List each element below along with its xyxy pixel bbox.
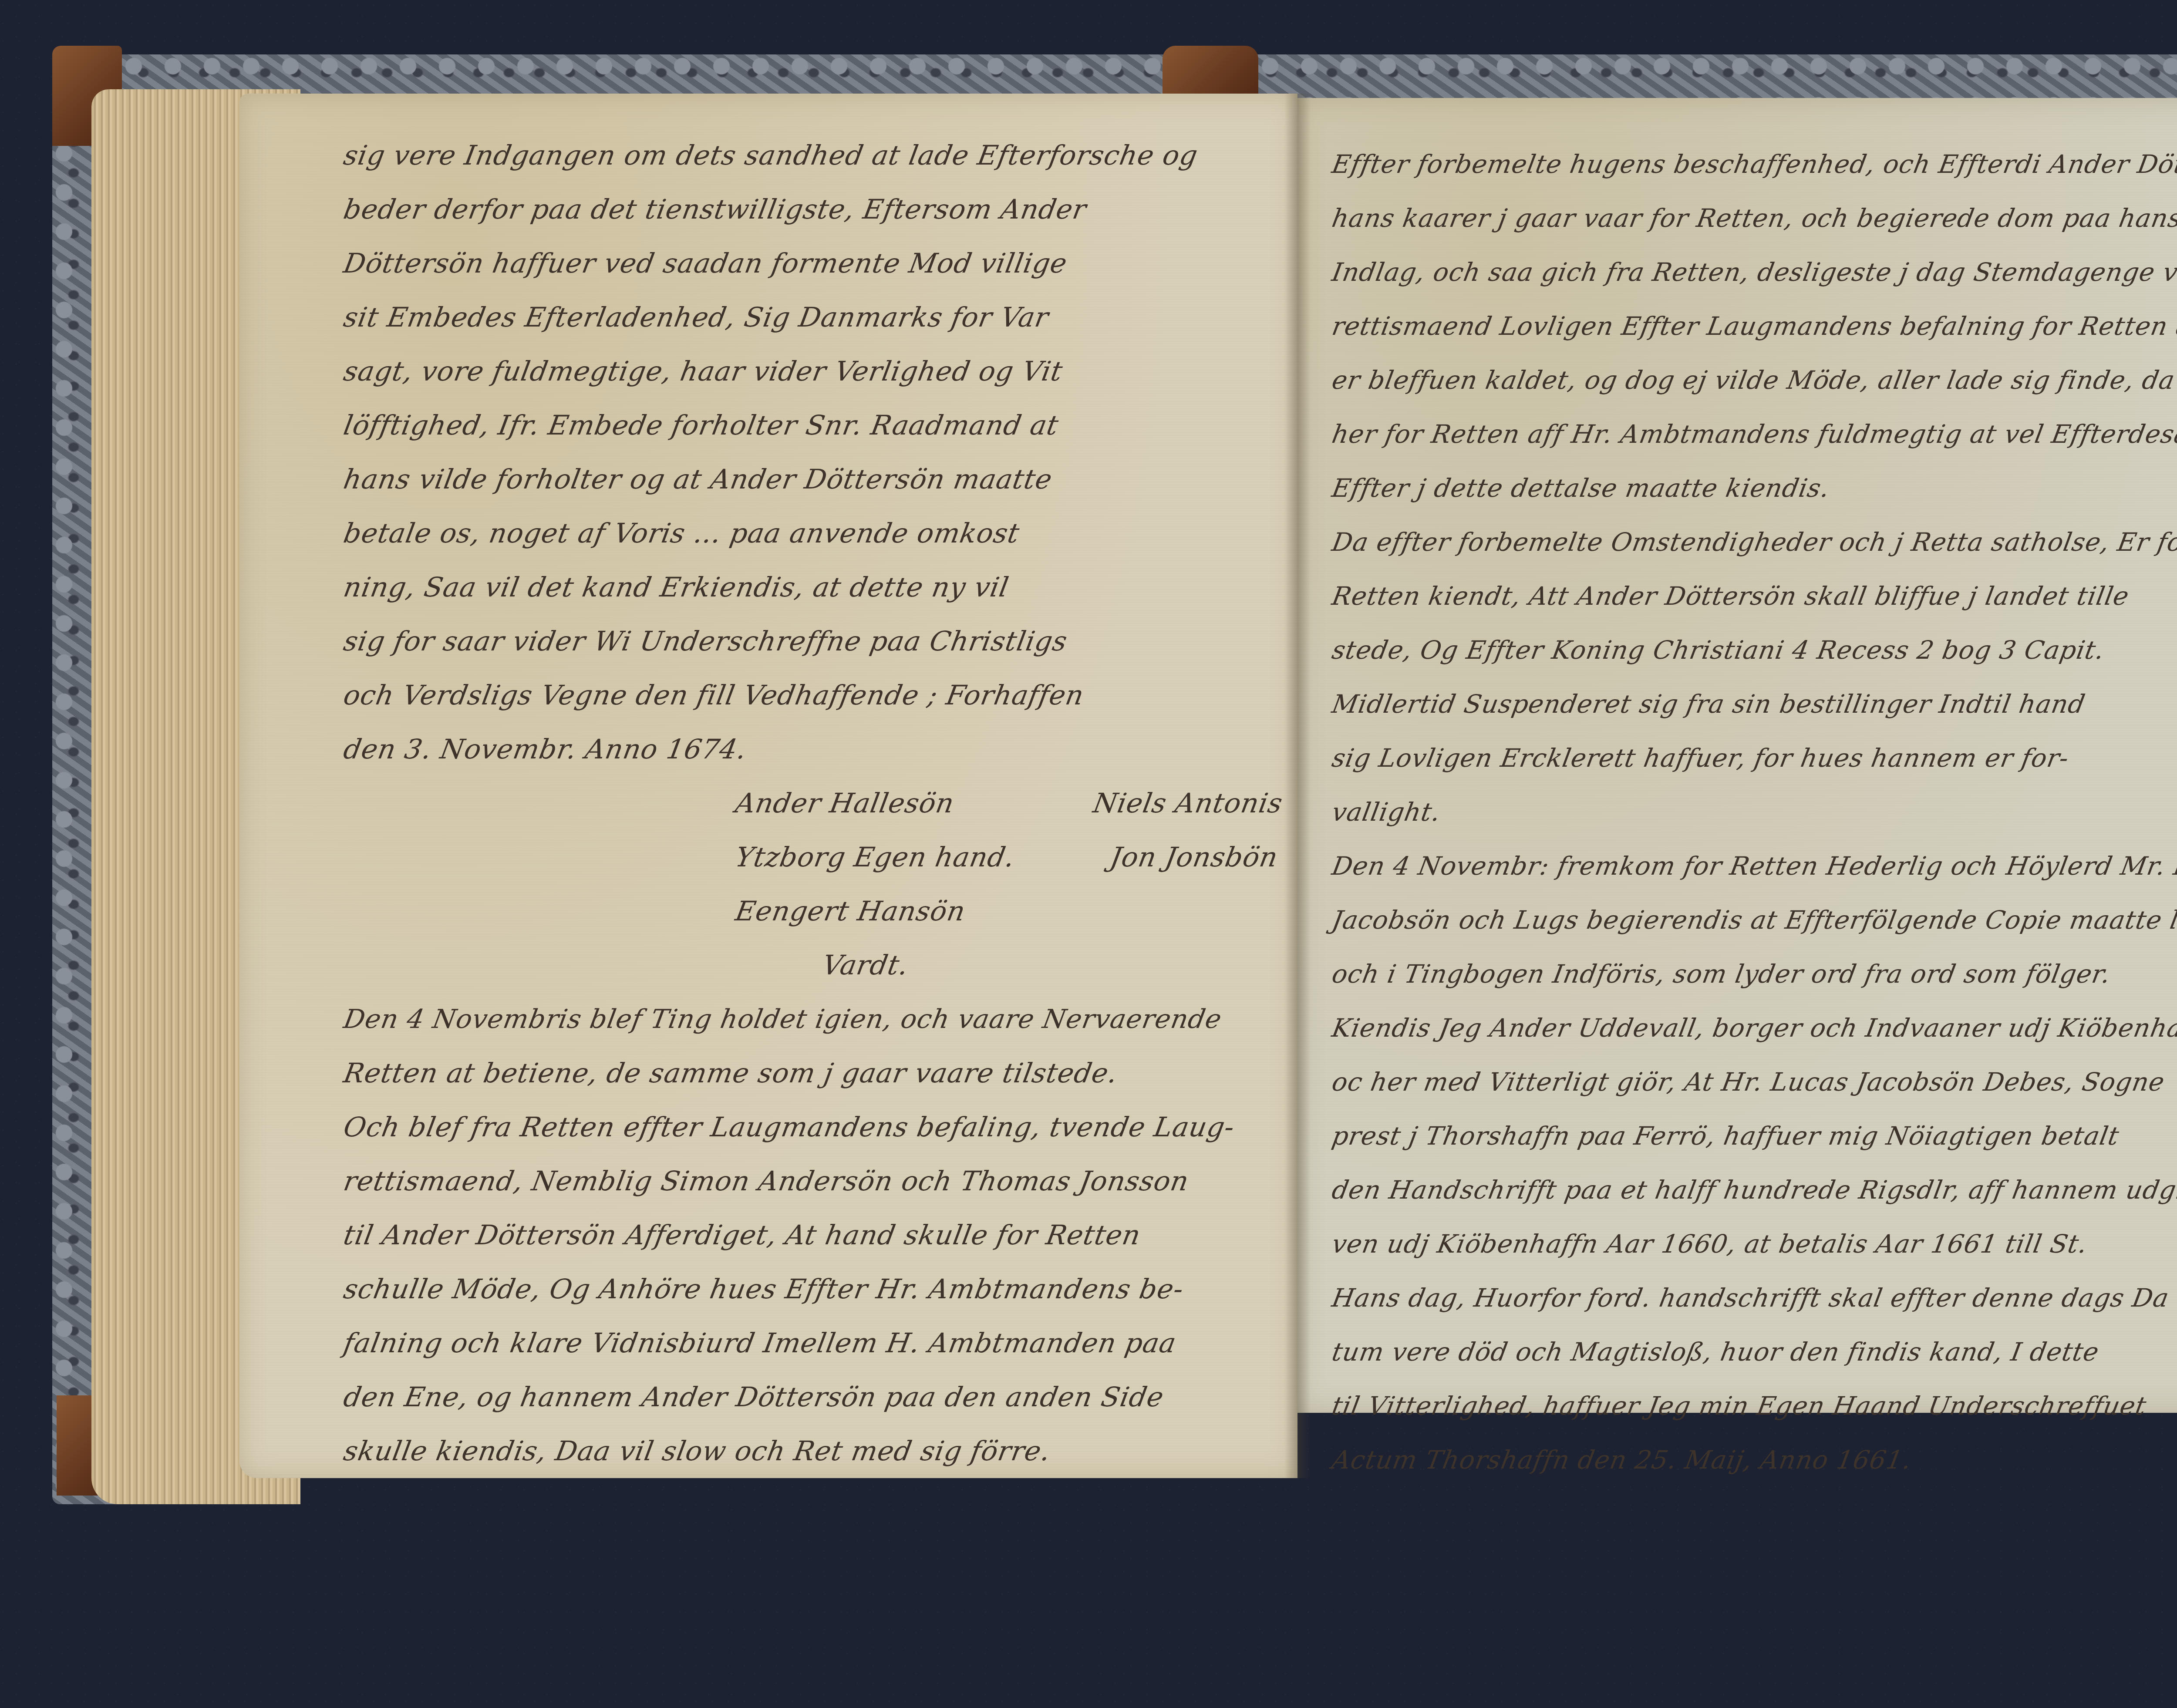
text-line: her for Retten aff Hr. Ambtmandens fuldm… (1328, 407, 2177, 461)
entry-line: Den 4 Novembris blef Ting holdet igien, … (339, 992, 1287, 1046)
text-line: oc her med Vitterligt giör, At Hr. Lucas… (1328, 1055, 2177, 1109)
left-page: sig vere Indgangen om dets sandhed at la… (239, 94, 1297, 1478)
text-line: rettismaend, Nemblig Simon Andersön och … (339, 1154, 1287, 1208)
text-line: Indlag, och saa gich fra Retten, deslige… (1328, 245, 2177, 299)
text-line: Och blef fra Retten effter Laugmandens b… (339, 1100, 1287, 1154)
text-line: til Vitterlighed, haffuer Jeg min Egen H… (1328, 1379, 2177, 1433)
book-gutter (1284, 94, 1311, 1478)
date-line: Actum Thorshaffn den 25. Maij, Anno 1661… (1328, 1433, 2177, 1487)
left-page-text: sig vere Indgangen om dets sandhed at la… (344, 128, 1282, 1478)
text-line: Effter j dette dettalse maatte kiendis. (1328, 461, 2177, 515)
text-line: prest j Thorshaffn paa Ferrö, haffuer mi… (1328, 1109, 2177, 1163)
text-line: sig for saar vider Wi Underschreffne paa… (339, 614, 1287, 668)
text-line: Da effter forbemelte Omstendigheder och … (1328, 515, 2177, 569)
right-page: 136 Effter forbemelte hugens beschaffenh… (1297, 98, 2177, 1413)
text-line: hans kaarer j gaar vaar for Retten, och … (1328, 191, 2177, 245)
text-line: Hans dag, Huorfor ford. handschrifft ska… (1328, 1271, 2177, 1325)
signature: Ander Hallesön Niels Antonis (339, 776, 1287, 830)
text-line: hans vilde forholter og at Ander Dötters… (339, 452, 1287, 506)
text-line: sagt, vore fuldmegtige, haar vider Verli… (339, 344, 1287, 398)
text-line: skulle kiendis, Daa vil slow och Ret med… (339, 1424, 1287, 1478)
text-line: er bleffuen kaldet, og dog ej vilde Möde… (1328, 353, 2177, 407)
text-line: sig vere Indgangen om dets sandhed at la… (339, 128, 1287, 182)
text-line: och Verdsligs Vegne den fill Vedhaffende… (339, 668, 1287, 722)
entry-line: Den 4 Novembr: fremkom for Retten Hederl… (1328, 839, 2177, 893)
text-line: löfftighed, Ifr. Embede forholter Snr. R… (339, 398, 1287, 452)
date-line: den 3. Novembr. Anno 1674. (339, 722, 1287, 776)
signature: Vardt. (339, 938, 1287, 992)
text-line: den Ene, og hannem Ander Döttersön paa d… (339, 1370, 1287, 1424)
text-line: sig Lovligen Ercklerett haffuer, for hue… (1328, 731, 2177, 785)
text-line: Retten at betiene, de samme som j gaar v… (339, 1046, 1287, 1100)
text-line: betale os, noget af Voris ... paa anvend… (339, 506, 1287, 560)
open-bound-volume: sig vere Indgangen om dets sandhed at la… (52, 46, 2177, 1509)
signature: Eengert Hansön (339, 884, 1287, 938)
text-line: den Handschrifft paa et halff hundrede R… (1328, 1163, 2177, 1217)
text-line: ning, Saa vil det kand Erkiendis, at det… (339, 560, 1287, 614)
signature: Ytzborg Egen hand. Jon Jonsbön (339, 830, 1287, 884)
text-line: til Ander Döttersön Afferdiget, At hand … (339, 1208, 1287, 1262)
text-line: Midlertid Suspenderet sig fra sin bestil… (1328, 677, 2177, 731)
text-line: Retten kiendt, Att Ander Döttersön skall… (1328, 569, 2177, 623)
text-line: falning och klare Vidnisbiurd Imellem H.… (339, 1316, 1287, 1370)
text-line: Kiendis Jeg Ander Uddevall, borger och I… (1328, 1001, 2177, 1055)
text-line: rettismaend Lovligen Effter Laugmandens … (1328, 299, 2177, 353)
text-line: Effter forbemelte hugens beschaffenhed, … (1328, 137, 2177, 191)
text-line: sit Embedes Efterladenhed, Sig Danmarks … (339, 290, 1287, 344)
text-line: stede, Og Effter Koning Christiani 4 Rec… (1328, 623, 2177, 677)
text-line: tum vere död och Magtisloß, huor den fin… (1328, 1325, 2177, 1379)
text-line: och i Tingbogen Indföris, som lyder ord … (1328, 947, 2177, 1001)
text-line: Döttersön haffuer ved saadan formente Mo… (339, 236, 1287, 290)
text-line: ven udj Kiöbenhaffn Aar 1660, at betalis… (1328, 1217, 2177, 1271)
text-line: schulle Möde, Og Anhöre hues Effter Hr. … (339, 1262, 1287, 1316)
text-line: vallight. (1328, 785, 2177, 839)
text-line: beder derfor paa det tienstwilligste, Ef… (339, 182, 1287, 236)
text-line: Jacobsön och Lugs begierendis at Effterf… (1328, 893, 2177, 947)
right-page-text: Effter forbemelte hugens beschaffenhed, … (1332, 137, 2177, 1487)
